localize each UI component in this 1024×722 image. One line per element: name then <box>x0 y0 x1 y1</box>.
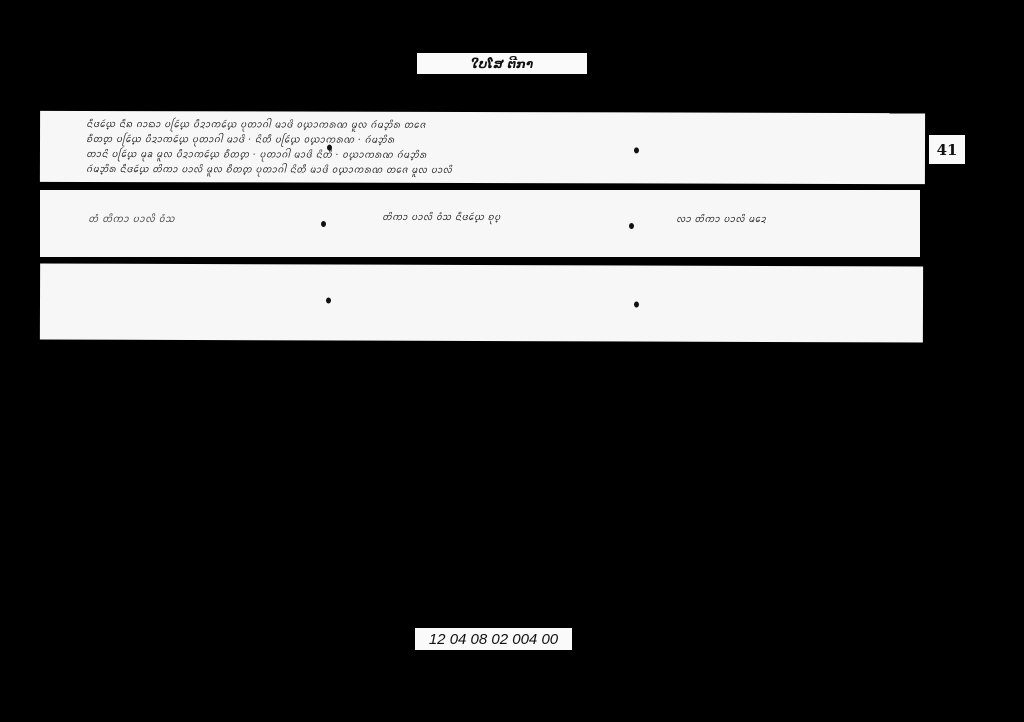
palm-leaf-1: ᨶᩥᨴᩮᩢ᩠ᨿ ᨶᩥᨦ ᨣᩣᨳᩣ ᨷᩕᩮᩢ᩠ᨿ ᨷᩥᨯᩣᨠᩮᩢ᩠ᨿ ᨷᩩᨲᩣᨣᩤ… <box>40 111 925 184</box>
title-label: ໃບໂສ ຕີກາ <box>417 53 587 74</box>
string-hole <box>634 302 639 308</box>
leaf-1-line-1: ᨶᩥᨴᩮᩢ᩠ᨿ ᨶᩥᨦ ᨣᩣᨳᩣ ᨷᩕᩮᩢ᩠ᨿ ᨷᩥᨯᩣᨠᩮᩢ᩠ᨿ ᨷᩩᨲᩣᨣᩤ… <box>86 117 426 133</box>
title-text: ໃບໂສ ຕີກາ <box>471 57 533 71</box>
page-number-label: 41 <box>929 135 965 164</box>
string-hole <box>326 297 331 303</box>
string-hole <box>321 221 326 227</box>
leaf-2-segment-2: ᨲᩦᨠᩣ ᨷᩣᩃᩦ ᩅᩴᩈ ᨶᩥᨴᩮᩢ᩠ᨿ ᨧᩩ᩠ᨷ <box>382 210 501 225</box>
leaf-1-line-2: ᨧᩥᨲ᩠ᨲ ᨷᩕᩮᩢ᩠ᨿ ᨷᩥᨯᩣᨠᩮᩢ᩠ᨿ ᨷᩩᨲᩣᨣᩤ ᨾᩣᨴᩦ · ᨶᩦᨲ… <box>86 132 395 148</box>
catalog-id: 12 04 08 02 004 00 <box>429 631 558 648</box>
page-number: 41 <box>937 141 958 159</box>
catalog-id-label: 12 04 08 02 004 00 <box>415 628 572 650</box>
leaf-2-segment-1: ᨲᩴ ᨲᩦᨠᩣ ᨷᩣᩃᩦ ᩅᩴᩈ <box>88 212 175 228</box>
leaf-1-line-4: ᨣᩢᨾ᩠ᨽᩦᩁ ᨶᩥᨴᩮᩢ᩠ᨿ ᨲᩦᨠᩣ ᨷᩣᩃᩦ ᨾᩪᩃ ᨧᩥᨲ᩠ᨲ ᨷᩩᨲᩣ… <box>86 162 452 178</box>
palm-leaf-2: ᨲᩴ ᨲᩦᨠᩣ ᨷᩣᩃᩦ ᩅᩴᩈ ᨲᩦᨠᩣ ᨷᩣᩃᩦ ᩅᩴᩈ ᨶᩥᨴᩮᩢ᩠ᨿ ᨧ… <box>40 190 920 257</box>
leaf-1-line-3: ᨲᩣᨶᩦ ᨷᩕᩮᩢ᩠ᨿ ᨾᩩᨡ ᨾᩪᩃ ᨷᩥᨯᩣᨠᩮᩢ᩠ᨿ ᨧᩥᨲ᩠ᨲ · ᨷᩩ… <box>86 147 427 163</box>
leaf-2-segment-3: ᩃᩣ ᨲᩦᨠᩣ ᨷᩣᩃᩦ ᨾᩮᨯ <box>676 212 766 227</box>
string-hole <box>629 223 634 229</box>
string-hole <box>327 145 332 151</box>
string-hole <box>634 147 639 153</box>
palm-leaf-3 <box>40 263 923 342</box>
